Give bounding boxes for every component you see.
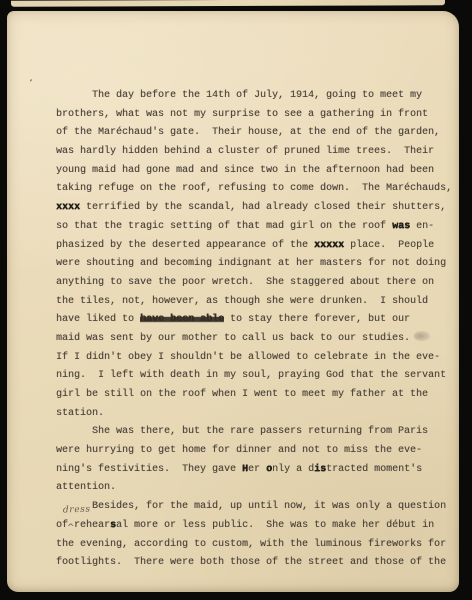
stray-ink-mark: ’ — [28, 80, 32, 89]
overtyped-text: was — [392, 221, 410, 232]
text-segment: have liked to — [56, 314, 140, 325]
text-segment: ning. I left with death in my soul, pray… — [56, 370, 446, 381]
text-segment: anything to save the poor wretch. She st… — [56, 277, 434, 288]
typed-line: attention. — [56, 479, 452, 498]
text-segment: taking refuge on the roof, refusing to c… — [56, 183, 452, 194]
text-segment: place. People — [344, 240, 434, 251]
typed-line: of rehearsal more or less public. She wa… — [56, 517, 452, 536]
erasure-smudge — [414, 331, 430, 341]
text-segment: If I didn't obey I shouldn't be allowed … — [56, 352, 440, 363]
typed-line: xxxx terrified by the scandal, had alrea… — [56, 199, 452, 218]
text-segment: the evening, according to custom, with t… — [56, 539, 446, 550]
text-segment: nly a d — [272, 464, 314, 475]
text-segment: phasized by the deserted appearance of t… — [56, 240, 314, 251]
overtyped-text: xxxx — [56, 202, 80, 213]
typed-line: brothers, what was not my surprise to se… — [56, 106, 452, 125]
handwritten-insertion: dress — [63, 506, 91, 516]
typed-line: ning's festivities. They gave Her only a… — [56, 461, 452, 480]
typed-line: phasized by the deserted appearance of t… — [56, 237, 452, 256]
typed-line: maid was sent by our mother to call us b… — [56, 330, 452, 349]
typed-line: If I didn't obey I shouldn't be allowed … — [56, 349, 452, 368]
text-segment: the tiles, not, however, as though she w… — [56, 296, 428, 307]
typed-line: footlights. There were both those of the… — [56, 554, 452, 573]
overtyped-text: xxxxx — [314, 240, 344, 251]
text-segment: maid was sent by our mother to call us b… — [56, 333, 410, 344]
typed-line: She was there, but the rare passers retu… — [56, 423, 452, 442]
typed-line: taking refuge on the roof, refusing to c… — [56, 180, 452, 199]
typed-line: The day before the 14th of July, 1914, g… — [56, 87, 452, 106]
text-segment: terrified by the scandal, had already cl… — [80, 202, 446, 213]
typed-line: were hurrying to get home for dinner and… — [56, 442, 452, 461]
text-segment: en- — [410, 221, 434, 232]
document-photo: ’ The day before the 14th of July, 1914,… — [0, 0, 472, 600]
text-segment: girl be still on the roof when I went to… — [56, 389, 428, 400]
typed-line: ning. I left with death in my soul, pray… — [56, 367, 452, 386]
paper-top-edge — [11, 0, 445, 7]
typed-line: anything to save the poor wretch. She st… — [56, 274, 452, 293]
text-segment: were hurrying to get home for dinner and… — [56, 445, 422, 456]
text-segment: was hardly hidden behind a cluster of pr… — [56, 146, 434, 157]
typed-line: of the Maréchaud's gate. Their house, at… — [56, 124, 452, 143]
text-segment: tracted moment's — [326, 464, 422, 475]
struck-out-text: have been able — [140, 314, 224, 325]
text-segment: to stay there forever, but our — [224, 314, 410, 325]
text-segment: Besides, for the maid, up until now, it … — [56, 501, 446, 512]
text-segment: so that the tragic setting of that mad g… — [56, 221, 392, 232]
typed-line: young maid had gone mad and since two in… — [56, 162, 452, 181]
typed-line: station. — [56, 405, 452, 424]
typed-line: the evening, according to custom, with t… — [56, 536, 452, 555]
text-segment: ning's festivities. They gave — [56, 464, 242, 475]
text-segment: She was there, but the rare passers retu… — [56, 426, 428, 437]
overtyped-text: is — [314, 464, 326, 475]
text-segment: attention. — [56, 482, 116, 493]
text-segment: er — [248, 464, 266, 475]
text-segment: brothers, what was not my surprise to se… — [56, 109, 428, 120]
text-segment: The day before the 14th of July, 1914, g… — [56, 90, 422, 101]
typed-line: girl be still on the roof when I went to… — [56, 386, 452, 405]
text-segment: young maid had gone mad and since two in… — [56, 165, 434, 176]
typed-line: Besides, for the maid, up until now, it … — [56, 498, 452, 517]
text-segment: rehear — [74, 520, 110, 531]
text-segment: of the Maréchaud's gate. Their house, at… — [56, 127, 440, 138]
typed-line: was hardly hidden behind a cluster of pr… — [56, 143, 452, 162]
text-segment: were shouting and becoming indignant at … — [56, 258, 446, 269]
typed-line: so that the tragic setting of that mad g… — [56, 218, 452, 237]
typed-line: the tiles, not, however, as though she w… — [56, 293, 452, 312]
text-segment: footlights. There were both those of the… — [56, 557, 446, 568]
insertion-caret-mark: ^ — [67, 524, 75, 533]
typed-line: have liked to have been able to stay the… — [56, 311, 452, 330]
paper-page: ’ The day before the 14th of July, 1914,… — [7, 11, 459, 592]
text-segment: station. — [56, 408, 104, 419]
text-segment: al more or less public. She was to make … — [116, 520, 434, 531]
typed-line: were shouting and becoming indignant at … — [56, 255, 452, 274]
typed-text-block: The day before the 14th of July, 1914, g… — [56, 87, 452, 573]
